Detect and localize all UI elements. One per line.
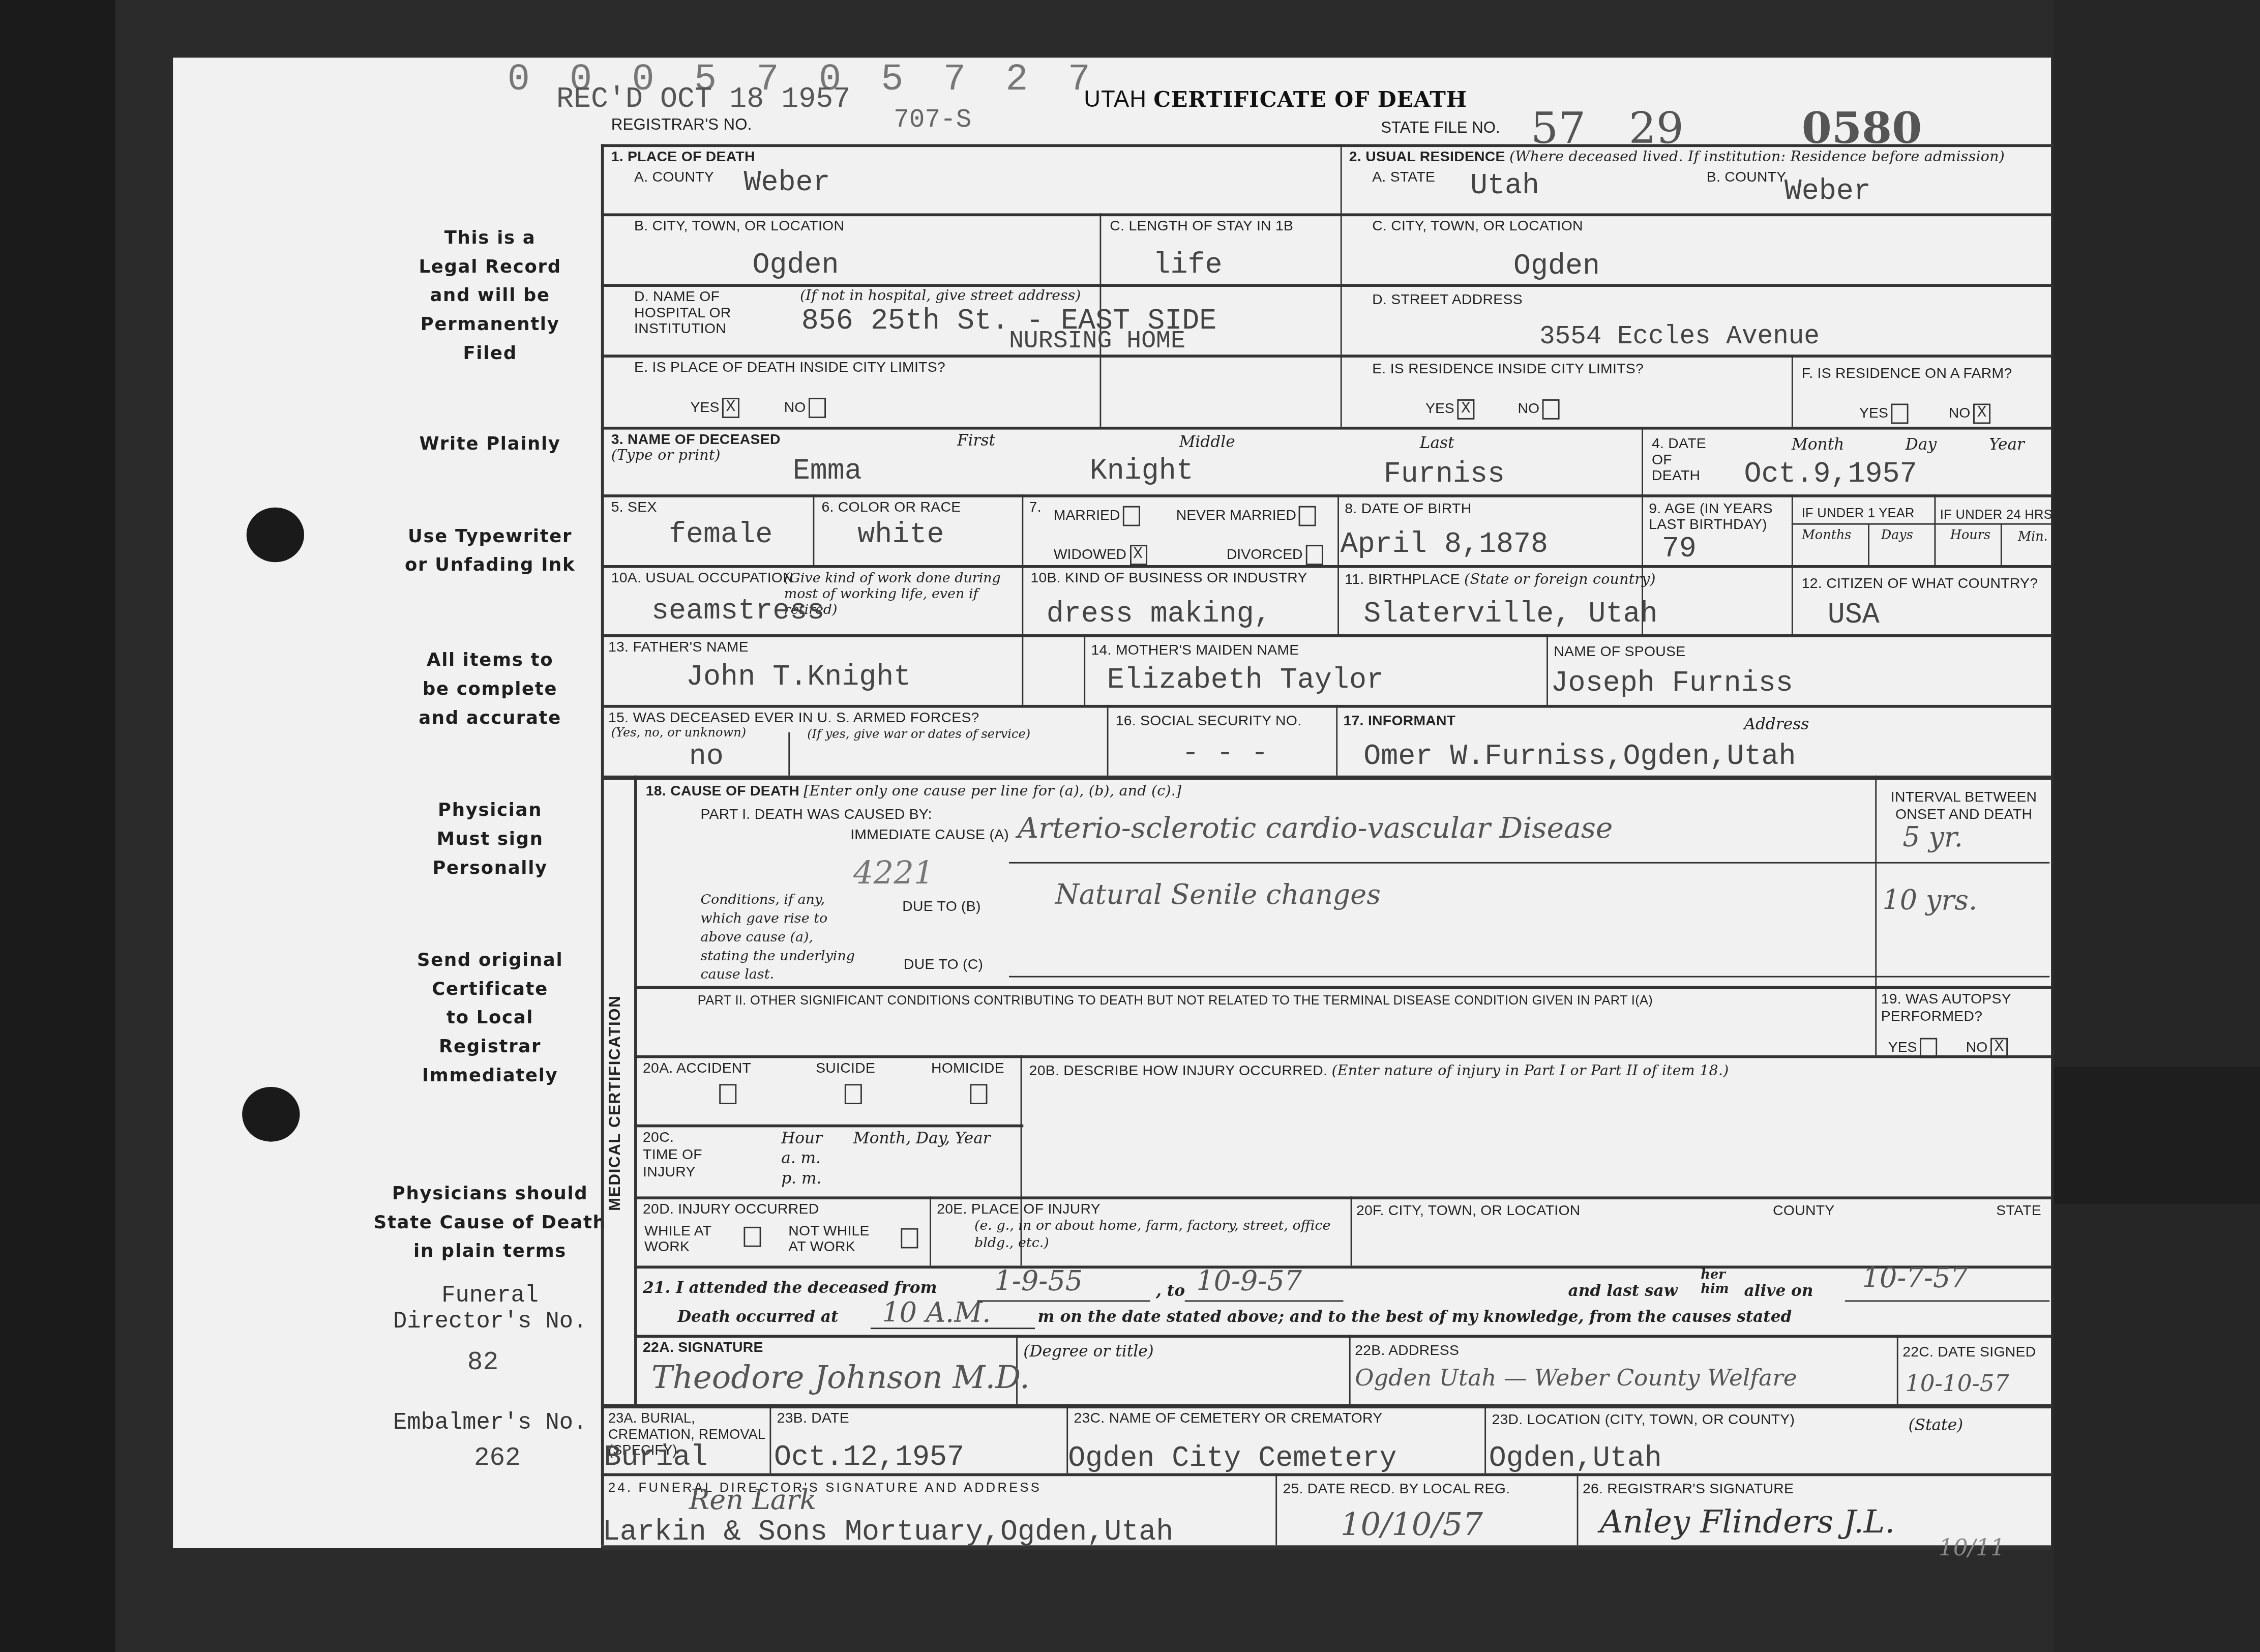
date-of-death: Oct.9,1957 xyxy=(1744,458,1917,491)
sidebar-note-complete: All items to be complete and accurate xyxy=(361,646,620,732)
cemetery-value: Ogden City Cemetery xyxy=(1068,1443,1396,1476)
armed-forces-value: no xyxy=(689,741,724,774)
pm-label: p. m. xyxy=(781,1169,821,1188)
armed-forces-label: 15. WAS DECEASED EVER IN U. S. ARMED FOR… xyxy=(608,711,979,726)
marital-married[interactable]: MARRIED xyxy=(1054,506,1140,526)
first-name: Emma xyxy=(793,456,862,489)
dod-day-label: Day xyxy=(1906,435,1937,454)
marital-widowed[interactable]: WIDOWEDX xyxy=(1054,545,1147,565)
punch-hole-icon xyxy=(247,508,304,563)
farm-no[interactable]: NOX xyxy=(1949,404,1990,424)
date-signed: 10-10-57 xyxy=(1906,1369,2009,1397)
alive-on-label: alive on xyxy=(1744,1282,1813,1301)
punch-hole-icon xyxy=(242,1087,300,1142)
pod-city-limits-yes[interactable]: YESX xyxy=(691,398,739,418)
informant-label: 17. INFORMANT xyxy=(1343,714,1455,729)
scan-background-right xyxy=(2054,0,2260,1652)
accident-label: 20a. ACCIDENT xyxy=(643,1061,751,1077)
sidebar-note-physician-sign: Physician Must sign Personally xyxy=(361,795,620,882)
due-b-value: Natural Senile changes xyxy=(1055,879,1381,911)
sidebar-note-legal-record: This is a Legal Record and will be Perma… xyxy=(361,223,620,367)
scan-background-left xyxy=(0,0,115,1652)
state-file-no-label: STATE FILE NO. xyxy=(1381,120,1500,137)
spouse-label: NAME OF SPOUSE xyxy=(1554,644,1685,660)
local-reg-date-label: 25. DATE RECD. BY LOCAL REG. xyxy=(1283,1482,1510,1498)
while-at-work-checkbox[interactable] xyxy=(744,1227,761,1247)
medical-certification-label: MEDICAL CERTIFICATION xyxy=(607,995,624,1211)
funeral-director-signature: Ren Lark xyxy=(689,1485,816,1516)
hospital-line2: NURSING HOME xyxy=(1009,329,1185,356)
date-of-birth: April 8,1878 xyxy=(1341,529,1548,562)
res-state-label: a. STATE xyxy=(1372,170,1435,186)
hospital-label: d. NAME OF HOSPITAL OR INSTITUTION xyxy=(634,290,731,338)
time-injury-label: 20c. TIME OF INJURY xyxy=(643,1130,708,1182)
pod-city-value: Ogden xyxy=(752,249,839,282)
days-label: Days xyxy=(1881,529,1913,543)
title-prefix: UTAH xyxy=(1084,88,1147,112)
checkbox-empty-icon[interactable] xyxy=(1123,506,1140,526)
street-label: d. STREET ADDRESS xyxy=(1372,292,1523,308)
not-while-at-work-checkbox[interactable] xyxy=(901,1228,918,1249)
industry-value: dress making, xyxy=(1047,598,1271,631)
checkbox-empty-icon[interactable] xyxy=(1299,506,1317,526)
checkbox-empty-icon[interactable] xyxy=(1891,404,1909,424)
birthplace-label: 11. BIRTHPLACE (State or foreign country… xyxy=(1345,572,1656,588)
farm-label: f. IS RESIDENCE ON A FARM? xyxy=(1802,366,2012,382)
attended-from: 1-9-55 xyxy=(995,1265,1083,1297)
autopsy-label: 19. WAS AUTOPSY PERFORMED? xyxy=(1881,992,2047,1026)
usual-residence-label: 2. USUAL RESIDENCE (Where deceased lived… xyxy=(1349,150,2005,166)
death-time: 10 A.M. xyxy=(882,1297,991,1329)
citizen-label: 12. CITIZEN OF WHAT COUNTRY? xyxy=(1802,577,2038,593)
informant-value: Omer W.Furniss,Ogden,Utah xyxy=(1363,741,1796,774)
injury-occurred-label: 20d. INJURY OCCURRED xyxy=(643,1202,819,1218)
marital-label: 7. xyxy=(1029,500,1042,516)
middle-name: Knight xyxy=(1090,456,1194,489)
autopsy-yes[interactable]: YES xyxy=(1888,1038,1937,1058)
checkbox-empty-icon[interactable] xyxy=(1305,545,1323,565)
citizen-value: USA xyxy=(1828,600,1880,633)
dod-label: 4. DATE OF DEATH xyxy=(1652,437,1709,485)
date-signed-label: 22c. DATE SIGNED xyxy=(1902,1345,2036,1361)
burial-state-label: (State) xyxy=(1908,1415,1963,1434)
res-city-limits-yes[interactable]: YESX xyxy=(1425,399,1474,420)
burial-date: Oct.12,1957 xyxy=(774,1441,964,1474)
spouse-value: Joseph Furniss xyxy=(1551,667,1793,700)
conditions-hint: Conditions, if any, which gave rise to a… xyxy=(700,891,861,985)
injury-county-label: COUNTY xyxy=(1773,1204,1834,1220)
sex-label: 5. SEX xyxy=(611,500,657,516)
last-saw-label: and last saw xyxy=(1568,1282,1678,1301)
pod-city-limits-no[interactable]: NO xyxy=(784,398,826,418)
registrar-signature: Anley Flinders J.L. xyxy=(1600,1505,1895,1541)
mdy-label: Month, Day, Year xyxy=(853,1129,991,1147)
interval-a-value: 5 yr. xyxy=(1902,821,1963,853)
burial-value: Burial xyxy=(604,1441,708,1474)
homicide-checkbox[interactable] xyxy=(970,1084,987,1104)
interval-label: INTERVAL BETWEEN ONSET AND DEATH xyxy=(1881,790,2047,824)
sex-value: female xyxy=(669,519,772,552)
suicide-label: SUICIDE xyxy=(816,1061,875,1077)
res-city-value: Ogden xyxy=(1513,251,1600,284)
attended-to: 10-9-57 xyxy=(1196,1265,1302,1297)
burial-date-label: 23b. DATE xyxy=(777,1411,849,1427)
pod-city-limits-label: e. IS PLACE OF DEATH INSIDE CITY LIMITS? xyxy=(634,361,945,376)
dob-label: 8. DATE OF BIRTH xyxy=(1345,501,1471,517)
res-state-value: Utah xyxy=(1470,170,1539,203)
street-value: 3554 Eccles Avenue xyxy=(1539,323,1820,352)
name-label: 3. NAME OF DECEASED(Type or print) xyxy=(611,432,781,464)
sidebar-note-write-plainly: Write Plainly xyxy=(361,430,620,459)
father-value: John T.Knight xyxy=(686,662,911,695)
death-at-suffix: m on the date stated above; and to the b… xyxy=(1038,1308,1792,1326)
to-label: , to xyxy=(1156,1282,1185,1301)
checkbox-empty-icon[interactable] xyxy=(809,398,826,418)
armed-forces-hint2: (If yes, give war or dates of service) xyxy=(807,728,1030,742)
industry-label: 10b. KIND OF BUSINESS OR INDUSTRY xyxy=(1030,571,1307,586)
death-at-label: Death occurred at xyxy=(677,1308,838,1326)
embalmer-no: 262 xyxy=(361,1444,634,1473)
sidebar-note-cause-plain: Physicians should State Cause of Death i… xyxy=(339,1179,641,1265)
under-1yr-label: IF UNDER 1 YEAR xyxy=(1802,506,1915,520)
attended-label: 21. I attended the deceased from xyxy=(643,1279,937,1297)
signature-label: 22a. SIGNATURE xyxy=(643,1341,763,1356)
autopsy-no[interactable]: NOX xyxy=(1966,1038,2008,1058)
place-injury-hint: (e. g., in or about home, farm, factory,… xyxy=(974,1218,1342,1253)
injury-state-label: STATE xyxy=(1996,1204,2041,1220)
checkbox-checked-icon[interactable]: X xyxy=(722,398,739,418)
pod-city-label: b. CITY, TOWN, OR LOCATION xyxy=(634,219,844,235)
physician-address: Ogden Utah — Weber County Welfare xyxy=(1355,1364,1797,1391)
place-of-death-label: 1. PLACE OF DEATH xyxy=(611,150,755,166)
res-county-value: Weber xyxy=(1785,176,1871,209)
funeral-director-label: 24. FUNERAL DIRECTOR'S SIGNATURE AND ADD… xyxy=(608,1481,1042,1495)
min-label: Min. xyxy=(2018,530,2048,545)
sidebar-note-send-original: Send original Certificate to Local Regis… xyxy=(361,946,620,1089)
age-value: 79 xyxy=(1662,534,1697,567)
degree-label: (Degree or title) xyxy=(1023,1342,1153,1361)
injury-city-label: 20f. CITY, TOWN, OR LOCATION xyxy=(1356,1204,1580,1220)
interval-b-value: 10 yrs. xyxy=(1882,885,1977,917)
stay-value: life xyxy=(1153,249,1222,282)
res-county-label: b. COUNTY xyxy=(1707,170,1787,186)
checkbox-empty-icon[interactable] xyxy=(1920,1038,1937,1058)
scan-background-band xyxy=(2054,1067,2260,1203)
part2-label: PART II. OTHER SIGNIFICANT CONDITIONS CO… xyxy=(698,993,1653,1008)
middle-label: Middle xyxy=(1179,432,1235,451)
ssn-value: - - - xyxy=(1182,738,1268,771)
funeral-director-no: 82 xyxy=(346,1349,619,1378)
stay-label: c. LENGTH OF STAY IN 1b xyxy=(1110,219,1293,235)
code-note: 4221 xyxy=(853,857,934,893)
due-b-label: DUE TO (b) xyxy=(902,900,981,916)
last-label: Last xyxy=(1420,434,1454,453)
registrars-no-label: REGISTRAR'S NO. xyxy=(611,117,752,134)
sidebar-note-typewriter: Use Typewriter or Unfading Ink xyxy=(361,522,620,579)
pod-county-value: Weber xyxy=(744,167,830,200)
hours-label: Hours xyxy=(1950,529,1990,543)
cause-label: 18. CAUSE OF DEATH [Enter only one cause… xyxy=(646,784,1182,800)
occupation-label: 10a. USUAL OCCUPATION xyxy=(611,571,793,586)
under-24h-label: IF UNDER 24 HRS xyxy=(1940,508,2053,522)
suicide-checkbox[interactable] xyxy=(845,1084,862,1104)
physician-signature: Theodore Johnson M.D. xyxy=(651,1361,1030,1397)
mother-label: 14. MOTHER'S MAIDEN NAME xyxy=(1091,643,1299,659)
res-city-label: c. CITY, TOWN, OR LOCATION xyxy=(1372,219,1583,235)
embalmer-no-label: Embalmer's No. xyxy=(346,1410,634,1436)
title-main: CERTIFICATE OF DEATH xyxy=(1153,86,1467,112)
injury-desc-label: 20b. DESCRIBE HOW INJURY OCCURRED. (Ente… xyxy=(1029,1064,1729,1080)
race-value: white xyxy=(857,519,944,552)
funeral-director-no-label: Funeral Director's No. xyxy=(346,1283,634,1335)
while-at-work-label: WHILE AT WORK xyxy=(644,1224,738,1255)
dod-month-label: Month xyxy=(1792,435,1844,454)
marital-never-married[interactable]: NEVER MARRIED xyxy=(1176,506,1317,526)
armed-forces-hint1: (Yes, no, or unknown) xyxy=(611,726,746,741)
hospital-hint: (If not in hospital, give street address… xyxy=(800,288,1081,304)
registrars-no: 707-S xyxy=(894,107,971,136)
mother-value: Elizabeth Taylor xyxy=(1107,665,1384,698)
local-reg-date: 10/10/57 xyxy=(1341,1508,1483,1544)
birthplace-value: Slaterville, Utah xyxy=(1363,598,1657,631)
checkbox-checked-icon[interactable]: X xyxy=(1129,545,1147,565)
ssn-label: 16. SOCIAL SECURITY NO. xyxy=(1116,714,1302,729)
checkbox-checked-icon[interactable]: X xyxy=(1973,404,1990,424)
cemetery-label: 23c. NAME OF CEMETERY OR CREMATORY xyxy=(1074,1411,1382,1427)
due-c-label: DUE TO (c) xyxy=(904,957,983,973)
first-label: First xyxy=(957,431,995,450)
farm-yes[interactable]: YES xyxy=(1859,404,1908,424)
accident-checkbox[interactable] xyxy=(719,1084,736,1104)
immediate-cause-label: IMMEDIATE CAUSE (a) xyxy=(850,828,1009,843)
checkbox-checked-icon[interactable]: X xyxy=(1457,399,1474,420)
checkbox-empty-icon[interactable] xyxy=(1542,399,1560,420)
place-injury-label: 20e. PLACE OF INJURY xyxy=(937,1202,1101,1218)
age-label: 9. AGE (In years last birthday) xyxy=(1649,501,1784,533)
checkbox-checked-icon[interactable]: X xyxy=(1990,1038,2008,1058)
immediate-cause-value: Arterio-sclerotic cardio-vascular Diseas… xyxy=(1018,810,1613,845)
am-label: a. m. xyxy=(781,1149,821,1168)
document-scan: 0 0 0 5 7 0 5 7 2 7 REC'D OCT 18 1957 RE… xyxy=(0,0,2260,1652)
received-stamp: REC'D OCT 18 1957 xyxy=(556,83,850,116)
not-while-at-work-label: NOT WHILE AT WORK xyxy=(788,1224,889,1255)
page-title: UTAH CERTIFICATE OF DEATH xyxy=(1084,86,1467,114)
dod-year-label: Year xyxy=(1989,435,2025,454)
part1-label: PART I. DEATH WAS CAUSED BY: xyxy=(700,807,932,823)
res-city-limits-label: e. IS RESIDENCE INSIDE CITY LIMITS? xyxy=(1372,362,1644,377)
physician-address-label: 22b. ADDRESS xyxy=(1355,1343,1459,1359)
hour-label: Hour xyxy=(781,1129,822,1147)
race-label: 6. COLOR OR RACE xyxy=(821,500,961,516)
pod-county-label: a. COUNTY xyxy=(634,170,714,186)
last-name: Furniss xyxy=(1384,458,1505,491)
homicide-label: HOMICIDE xyxy=(931,1061,1004,1077)
occupation-value: seamstress xyxy=(651,596,824,629)
last-seen-date: 10-7-57 xyxy=(1862,1263,1968,1294)
burial-location: Ogden,Utah xyxy=(1489,1443,1662,1476)
burial-location-label: 23d. LOCATION (City, town, or county) xyxy=(1492,1413,1795,1429)
funeral-director-address: Larkin & Sons Mortuary,Ogden,Utah xyxy=(603,1517,1174,1550)
res-city-limits-no[interactable]: NO xyxy=(1518,399,1559,420)
registrar-signature-label: 26. REGISTRAR'S SIGNATURE xyxy=(1583,1482,1794,1498)
father-label: 13. FATHER'S NAME xyxy=(608,640,749,656)
months-label: Months xyxy=(1802,529,1852,543)
marital-divorced[interactable]: DIVORCED xyxy=(1227,545,1323,565)
informant-address-label: Address xyxy=(1744,715,1809,734)
bottom-corner-note: 10/11 xyxy=(1939,1534,2005,1561)
her-him-label: her him xyxy=(1701,1268,1729,1297)
